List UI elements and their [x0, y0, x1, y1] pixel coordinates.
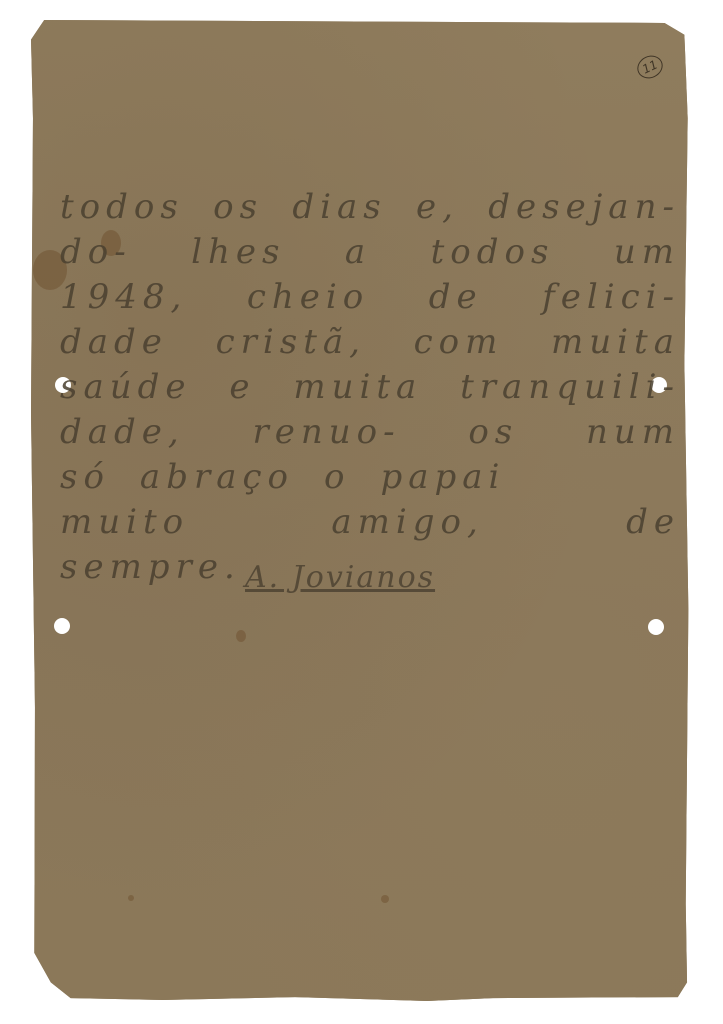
word: sempre. [60, 545, 241, 590]
word: muita [293, 365, 422, 410]
stain [128, 895, 134, 901]
word: os [468, 410, 518, 455]
word: 1948, [60, 275, 187, 320]
signature: A. Jovianos [245, 560, 435, 595]
word: saúde [60, 365, 192, 410]
text-line: 1948, cheio de felici- [60, 275, 680, 320]
word: tranquili- [460, 365, 680, 410]
word: amigo, [331, 500, 483, 545]
punch-hole [54, 618, 70, 634]
word: cristã, [216, 320, 366, 365]
text-line: saúde e muita tranquili- [60, 365, 680, 410]
word: e, [416, 185, 459, 230]
word: só [60, 455, 110, 500]
word: os [213, 185, 263, 230]
word: o [324, 455, 350, 500]
word: abraço [140, 455, 294, 500]
word: dade, [60, 410, 185, 455]
text-line: dade, renuo- os num [60, 410, 680, 455]
word: lhes [191, 230, 285, 275]
handwritten-body: todos os dias e, desejan- do- lhes a tod… [60, 185, 680, 590]
word: com [414, 320, 504, 365]
text-line: só abraço o papai [60, 455, 680, 500]
word: felici- [542, 275, 680, 320]
word: e [229, 365, 255, 410]
word: muito [60, 500, 189, 545]
word: de [429, 275, 483, 320]
text-line: do- lhes a todos um [60, 230, 680, 275]
text-line: todos os dias e, desejan- [60, 185, 680, 230]
word: todos [60, 185, 184, 230]
word: todos [431, 230, 555, 275]
word: dias [292, 185, 386, 230]
punch-hole [648, 619, 664, 635]
word: um [614, 230, 680, 275]
word: renuo- [252, 410, 400, 455]
word: dade [60, 320, 168, 365]
word: papai [380, 455, 505, 500]
word: num [586, 410, 680, 455]
text-line: dade cristã, com muita [60, 320, 680, 365]
word: a [345, 230, 371, 275]
stain [381, 895, 389, 903]
text-line: muito amigo, de [60, 500, 680, 545]
word: cheio [247, 275, 369, 320]
word: do- [60, 230, 132, 275]
word: desejan- [488, 185, 680, 230]
stain [236, 630, 246, 642]
word: muita [551, 320, 680, 365]
word: de [626, 500, 680, 545]
